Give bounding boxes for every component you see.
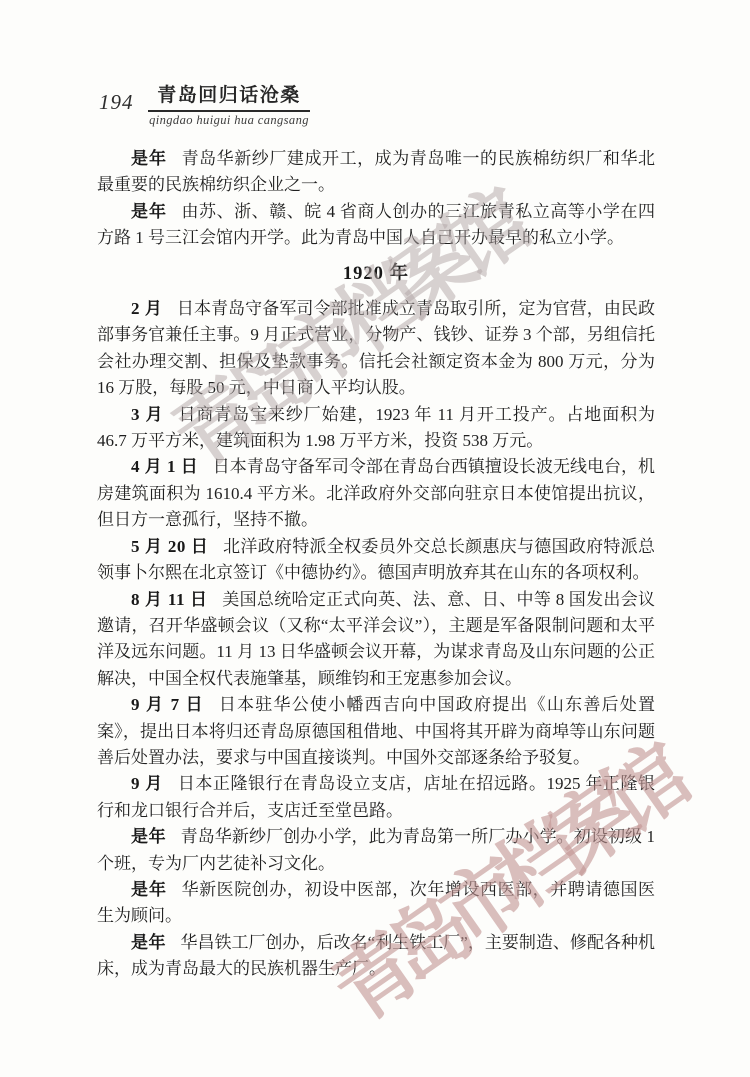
entry-date-label: 是年 [131, 880, 167, 899]
chronicle-entry: 是年华新医院创办，初设中医部，次年增设西医部，并聘请德国医生为顾问。 [97, 877, 655, 930]
scanned-book-page: 194 青岛回归话沧桑 qingdao huigui hua cangsang … [0, 0, 750, 1077]
chronicle-entry: 4 月 1 日日本青岛守备军司令部在青岛台西镇擅设长波无线电台，机房建筑面积为 … [97, 454, 655, 533]
chronicle-entry: 9 月日本正隆银行在青岛设立支店，店址在招远路。1925 年正隆银行和龙口银行合… [97, 771, 655, 824]
book-title: 青岛回归话沧桑 [148, 80, 310, 112]
entry-date-label: 9 月 [131, 774, 163, 793]
year-section-heading: 1920 年 [97, 261, 655, 287]
entry-text: 由苏、浙、赣、皖 4 省商人创办的三江旅青私立高等小学在四方路 1 号三江会馆内… [97, 202, 655, 247]
entry-date-label: 是年 [131, 933, 166, 952]
chronicle-entry: 9 月 7 日日本驻华公使小幡西吉向中国政府提出《山东善后处置案》，提出日本将归… [97, 692, 655, 771]
entry-text: 华新医院创办，初设中医部，次年增设西医部，并聘请德国医生为顾问。 [97, 880, 655, 925]
entry-date-label: 4 月 1 日 [131, 457, 198, 476]
chronicle-entry: 5 月 20 日北洋政府特派全权委员外交总长颜惠庆与德国政府特派总领事卜尔熙在北… [97, 534, 655, 587]
entry-date-label: 5 月 20 日 [131, 537, 209, 556]
book-title-block: 青岛回归话沧桑 qingdao huigui hua cangsang [148, 80, 310, 128]
chronicle-entry: 是年由苏、浙、赣、皖 4 省商人创办的三江旅青私立高等小学在四方路 1 号三江会… [97, 199, 655, 252]
chronicle-body: 是年青岛华新纱厂建成开工，成为青岛唯一的民族棉纺织厂和华北最重要的民族棉纺织企业… [97, 146, 655, 983]
entry-text: 日本正隆银行在青岛设立支店，店址在招远路。1925 年正隆银行和龙口银行合并后，… [97, 774, 655, 819]
entry-text: 青岛华新纱厂创办小学，此为青岛第一所厂办小学。初设初级 1 个班，专为厂内艺徒补… [97, 827, 655, 872]
entry-text: 日本青岛守备军司令部批准成立青岛取引所，定为官营，由民政部事务官兼任主事。9 月… [97, 299, 655, 397]
book-title-pinyin: qingdao huigui hua cangsang [148, 113, 310, 128]
entry-text: 华昌铁工厂创办，后改名“利生铁工厂”，主要制造、修配各种机床，成为青岛最大的民族… [97, 933, 655, 978]
entry-text: 日商青岛宝来纱厂始建，1923 年 11 月开工投产。占地面积为 46.7 万平… [97, 405, 655, 450]
entry-date-label: 8 月 11 日 [131, 590, 208, 609]
chronicle-entry: 8 月 11 日美国总统哈定正式向英、法、意、日、中等 8 国发出会议邀请，召开… [97, 587, 655, 693]
entry-date-label: 3 月 [131, 405, 164, 424]
chronicle-entry: 是年青岛华新纱厂创办小学，此为青岛第一所厂办小学。初设初级 1 个班，专为厂内艺… [97, 824, 655, 877]
page-number: 194 [99, 90, 134, 115]
entry-date-label: 是年 [131, 827, 166, 846]
chronicle-entry: 是年华昌铁工厂创办，后改名“利生铁工厂”，主要制造、修配各种机床，成为青岛最大的… [97, 930, 655, 983]
entry-date-label: 9 月 7 日 [131, 695, 204, 714]
entry-text: 青岛华新纱厂建成开工，成为青岛唯一的民族棉纺织厂和华北最重要的民族棉纺织企业之一… [97, 149, 655, 194]
chronicle-entry: 2 月日本青岛守备军司令部批准成立青岛取引所，定为官营，由民政部事务官兼任主事。… [97, 296, 655, 402]
entry-date-label: 是年 [131, 202, 167, 221]
chronicle-entry: 是年青岛华新纱厂建成开工，成为青岛唯一的民族棉纺织厂和华北最重要的民族棉纺织企业… [97, 146, 655, 199]
chronicle-entry: 3 月日商青岛宝来纱厂始建，1923 年 11 月开工投产。占地面积为 46.7… [97, 402, 655, 455]
entry-date-label: 2 月 [131, 299, 162, 318]
entry-date-label: 是年 [131, 149, 167, 168]
